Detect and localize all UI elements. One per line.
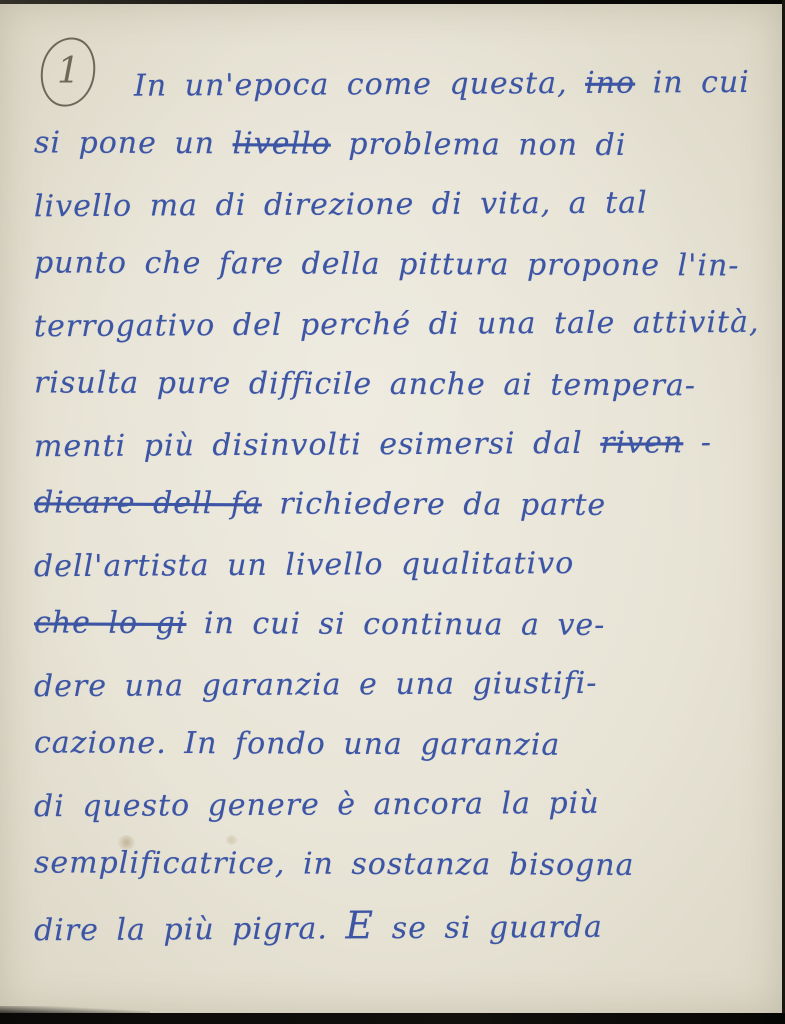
manuscript-line: terrogativo del perché di una tale attiv… [34,293,776,358]
scan-edge-top [0,0,785,4]
struck-text-segment: riven [600,425,683,461]
text-segment: si pone un [34,125,215,161]
manuscript-line: dell'artista un livello qualitativo [34,533,776,598]
text-segment: risulta pure difficile anche ai tempera- [34,365,696,403]
text-segment: in cui [653,65,750,101]
struck-text-segment: livello [233,126,331,161]
text-segment: semplificatrice, in sostanza bisogna [34,845,635,883]
manuscript-line: punto che fare della pittura propone l'i… [34,233,776,296]
text-block: In un'epoca come questa, ino in cui si p… [34,55,776,955]
text-segment: punto che fare della pittura propone l'i… [34,245,740,283]
text-segment: - [701,425,712,460]
struck-text-segment: dicare dell fa [34,485,262,521]
text-segment: di questo genere è ancora la più [34,786,600,824]
struck-text-segment: ino [585,66,635,101]
manuscript-line: livello ma di direzione di vita, a tal [34,173,776,238]
manuscript-line: di questo genere è ancora la più [34,773,776,838]
manuscript-line: In un'epoca come questa, ino in cui [34,53,776,118]
text-segment: richiedere da parte [279,486,606,522]
manuscript-line: si pone un livello problema non di [34,113,776,176]
manuscript-line: dire la più pigra. E se si guarda [34,893,776,958]
text-segment: dell'artista un livello qualitativo [34,546,574,584]
manuscript-line: dere una garanzia e una giustifi- [34,653,776,718]
manuscript-line: dicare dell fa richiedere da parte [34,473,776,536]
paper-stain [118,835,135,850]
manuscript-line: menti più disinvolti esimersi dal riven … [34,413,776,478]
manuscript-line: cazione. In fondo una garanzia [34,713,776,776]
text-segment: E [345,903,374,947]
scanned-manuscript-page: { "page": { "number": "1" }, "manuscript… [0,0,785,1024]
text-segment: terrogativo del perché di una tale attiv… [34,305,760,344]
manuscript-line: che lo gi in cui si continua a ve- [34,593,776,656]
manuscript-line: semplificatrice, in sostanza bisogna [34,833,776,896]
struck-text-segment: che lo gi [34,605,187,641]
text-segment: menti più disinvolti esimersi dal [34,426,583,464]
text-segment: dere una garanzia e una giustifi- [34,666,598,704]
text-segment: problema non di [348,127,626,163]
manuscript-line: risulta pure difficile anche ai tempera- [34,353,776,416]
paper-sheet: 1 In un'epoca come questa, ino in cui si… [0,3,782,1013]
paper-stain [226,835,237,845]
text-segment: in cui si continua a ve- [204,606,606,643]
text-segment: dire la più pigra. [34,911,328,948]
text-segment: cazione. In fondo una garanzia [34,725,560,762]
text-segment: livello ma di direzione di vita, a tal [34,186,648,225]
text-segment: In un'epoca come questa, [134,66,568,104]
text-segment: se si guarda [392,910,603,946]
scan-edge-bottom [0,1013,785,1024]
